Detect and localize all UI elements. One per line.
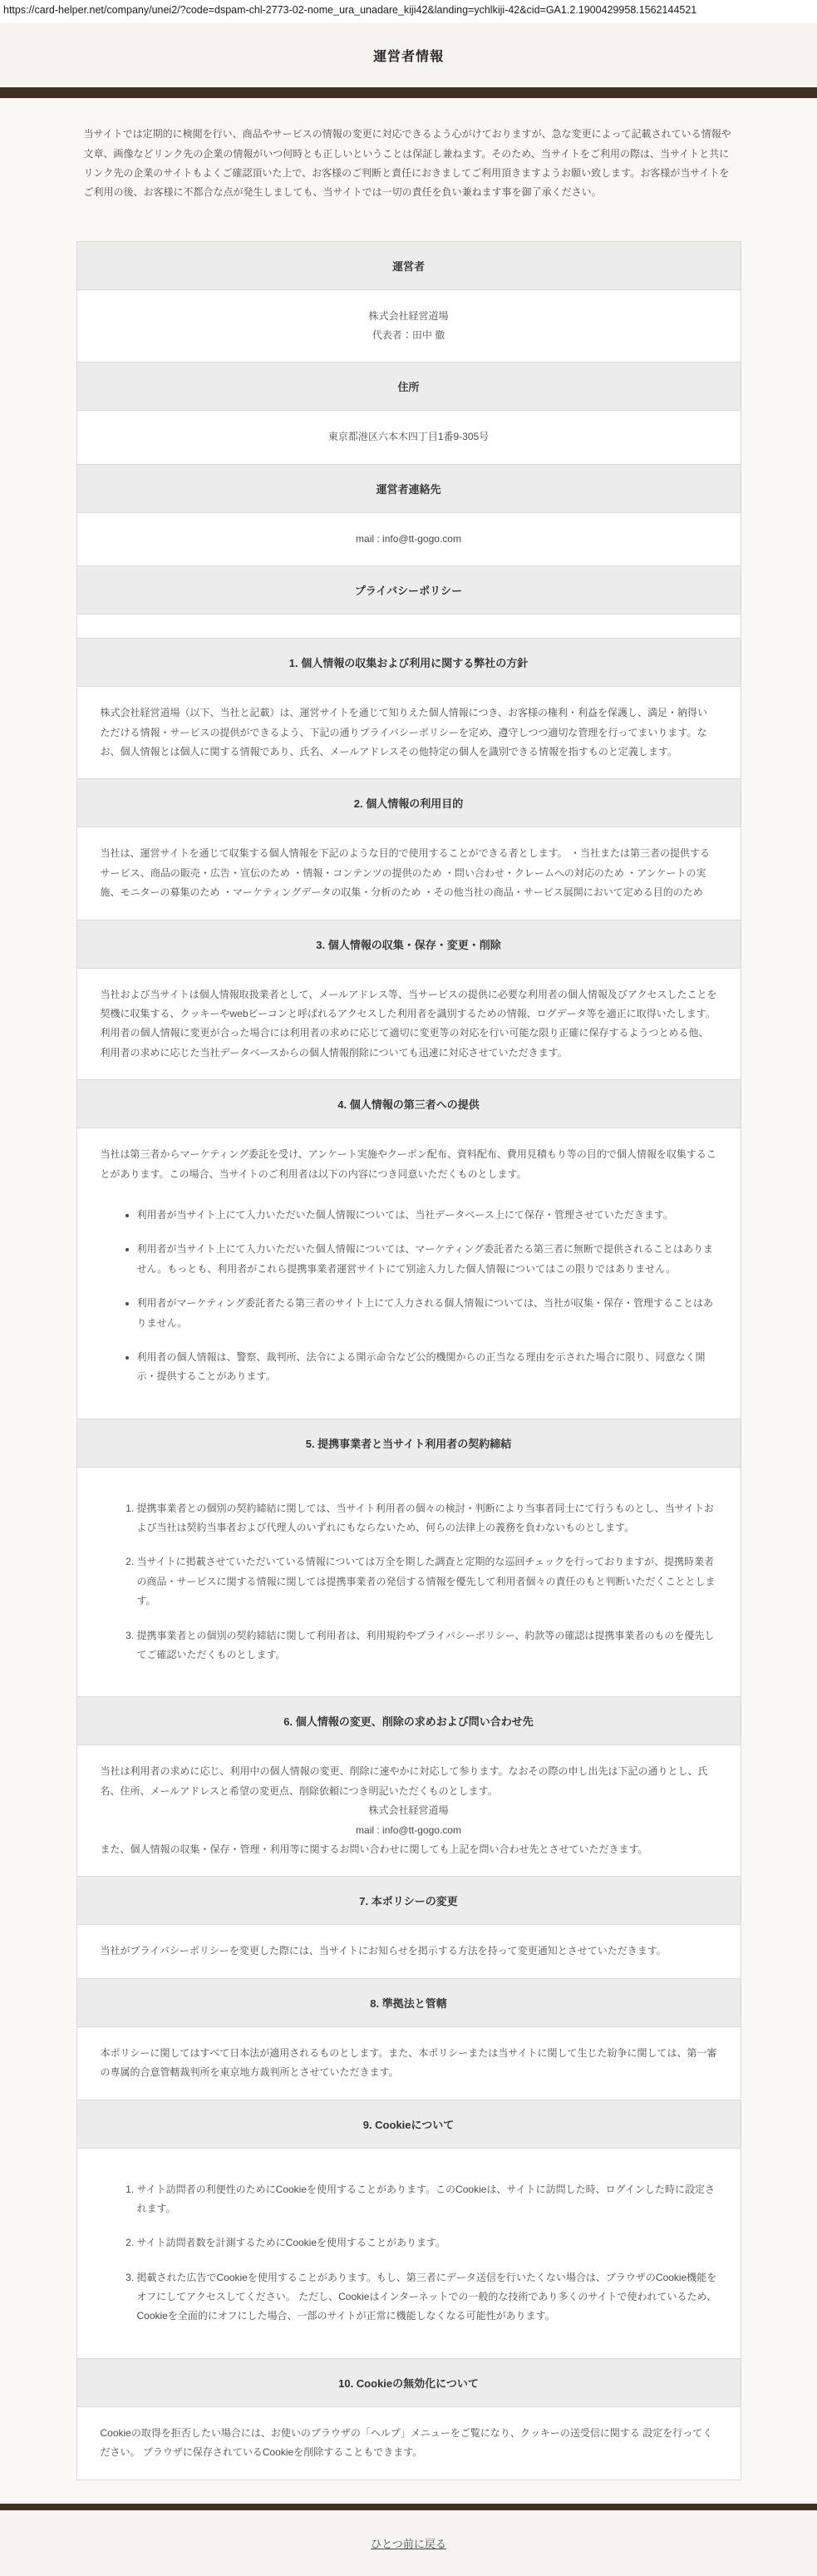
- list-item: 利用者の個人情報は、警察、裁判所、法令による開示命令など公的機関からの正当なる理…: [137, 1348, 717, 1387]
- table-header-contact: 運営者連絡先: [77, 464, 741, 513]
- policy-section-6-title: 6. 個人情報の変更、削除の求めおよび問い合わせ先: [77, 1696, 741, 1745]
- policy-section-5-body: 提携事業者との個別の契約締結に関しては、当サイト利用者の個々の検討・判断により当…: [77, 1468, 741, 1697]
- policy-section-4-intro: 当社は第三者からマーケティング委託を受け、アンケート実施やクーポン配布、資料配布…: [101, 1145, 717, 1184]
- list-item: 当サイトに掲載させていただいている情報については万全を期した調査と定期的な巡回チ…: [137, 1552, 717, 1611]
- page-title: 運営者情報: [373, 46, 444, 65]
- top-divider-bar: [0, 87, 817, 98]
- policy-section-7-body: 当社がプライバシーポリシーを変更した際には、当サイトにお知らせを掲示する方法を持…: [77, 1925, 741, 1977]
- list-item: 提携事業者との個別の契約締結に関して利用者は、利用規約やプライバシーポリシー、約…: [137, 1626, 717, 1666]
- policy-section-6-body: 当社は利用者の求めに応じ、利用中の個人情報の変更、削除に速やかに対応して参ります…: [77, 1745, 741, 1876]
- policy-section-4-bullet-list: 利用者が当サイト上にて入力いただいた個人情報については、当社データベース上にて保…: [101, 1206, 717, 1387]
- intro-paragraph: 当サイトでは定期的に検閲を行い、商品やサービスの情報の変更に対応できるよう心がけ…: [84, 125, 734, 203]
- page-url-text: https://card-helper.net/company/unei2/?c…: [0, 0, 817, 22]
- table-header-privacy-policy: プライバシーポリシー: [77, 565, 741, 614]
- policy-section-1-body: 株式会社経営道場（以下、当社と記載）は、運営サイトを通じて知りえた個人情報につき…: [77, 687, 741, 778]
- list-item: 利用者が当サイト上にて入力いただいた個人情報については、当社データベース上にて保…: [137, 1206, 717, 1225]
- policy-contact-company: 株式会社経営道場: [101, 1801, 717, 1820]
- policy-section-5-title: 5. 提携事業者と当サイト利用者の契約締結: [77, 1419, 741, 1468]
- list-item: 利用者が当サイト上にて入力いただいた個人情報については、マーケティング委託者たる…: [137, 1240, 717, 1279]
- table-header-operator: 運営者: [77, 242, 741, 290]
- list-item: 掲載された広告でCookieを使用することがあります。もし、第三者にデータ送信を…: [137, 2268, 717, 2327]
- policy-section-4-body: 当社は第三者からマーケティング委託を受け、アンケート実施やクーポン配布、資料配布…: [77, 1128, 741, 1419]
- list-item: サイト訪問者の利便性のためにCookieを使用することがあります。このCooki…: [137, 2180, 717, 2219]
- policy-section-4-title: 4. 個人情報の第三者への提供: [77, 1079, 741, 1128]
- list-item: 提携事業者との個別の契約締結に関しては、当サイト利用者の個々の検討・判断により当…: [137, 1499, 717, 1538]
- footer: ひとつ前に戻る: [0, 2510, 817, 2576]
- policy-section-6-paragraph: 当社は利用者の求めに応じ、利用中の個人情報の変更、削除に速やかに対応して参ります…: [101, 1762, 717, 1801]
- title-band: 運営者情報: [0, 22, 817, 87]
- operator-info-table: 運営者 株式会社経営道場 代表者：田中 徹 住所 東京都港区六本木四丁目1番9-…: [76, 241, 741, 2480]
- policy-section-10-body: Cookieの取得を拒否したい場合には、お使いのブラウザの「ヘルプ」メニューをご…: [77, 2407, 741, 2480]
- policy-section-7-title: 7. 本ポリシーの変更: [77, 1876, 741, 1925]
- table-header-address: 住所: [77, 362, 741, 411]
- table-value-contact: mail : info@tt-gogo.com: [77, 513, 741, 565]
- policy-section-8-title: 8. 準拠法と管轄: [77, 1978, 741, 2027]
- policy-section-10-title: 10. Cookieの無効化について: [77, 2358, 741, 2407]
- policy-section-9-body: サイト訪問者の利便性のためにCookieを使用することがあります。このCooki…: [77, 2149, 741, 2358]
- table-value-privacy-empty: [77, 614, 741, 638]
- list-item: 利用者がマーケティング委託者たる第三者のサイト上にて入力される個人情報については…: [137, 1294, 717, 1333]
- main-content: 当サイトでは定期的に検閲を行い、商品やサービスの情報の変更に対応できるよう心がけ…: [0, 98, 817, 2504]
- policy-section-2-body: 当社は、運営サイトを通じて収集する個人情報を下記のような目的で使用することができ…: [77, 827, 741, 919]
- operator-representative: 代表者：田中 徹: [101, 326, 717, 345]
- policy-contact-mail: mail : info@tt-gogo.com: [101, 1821, 717, 1840]
- policy-section-8-body: 本ポリシーに関してはすべて日本法が適用されるものとします。また、本ポリシーまたは…: [77, 2027, 741, 2100]
- operator-name: 株式会社経営道場: [101, 307, 717, 326]
- policy-section-9-title: 9. Cookieについて: [77, 2100, 741, 2149]
- policy-section-2-title: 2. 個人情報の利用目的: [77, 778, 741, 827]
- table-value-address: 東京都港区六本木四丁目1番9-305号: [77, 411, 741, 463]
- policy-section-1-title: 1. 個人情報の収集および利用に関する弊社の方針: [77, 638, 741, 687]
- policy-section-3-title: 3. 個人情報の収集・保存・変更・削除: [77, 920, 741, 969]
- policy-section-9-numbered-list: サイト訪問者の利便性のためにCookieを使用することがあります。このCooki…: [101, 2180, 717, 2327]
- list-item: サイト訪問者数を計測するためにCookieを使用することがあります。: [137, 2233, 717, 2253]
- table-value-operator: 株式会社経営道場 代表者：田中 徹: [77, 290, 741, 363]
- back-link[interactable]: ひとつ前に戻る: [371, 2535, 446, 2551]
- bottom-divider-bar: [0, 2504, 817, 2510]
- policy-section-3-body: 当社および当サイトは個人情報取扱業者として、メールアドレス等、当サービスの提供に…: [77, 969, 741, 1080]
- policy-section-5-numbered-list: 提携事業者との個別の契約締結に関しては、当サイト利用者の個々の検討・判断により当…: [101, 1499, 717, 1666]
- policy-section-6-paragraph: また、個人情報の収集・保存・管理・利用等に関するお問い合わせに関しても上記を問い…: [101, 1840, 717, 1859]
